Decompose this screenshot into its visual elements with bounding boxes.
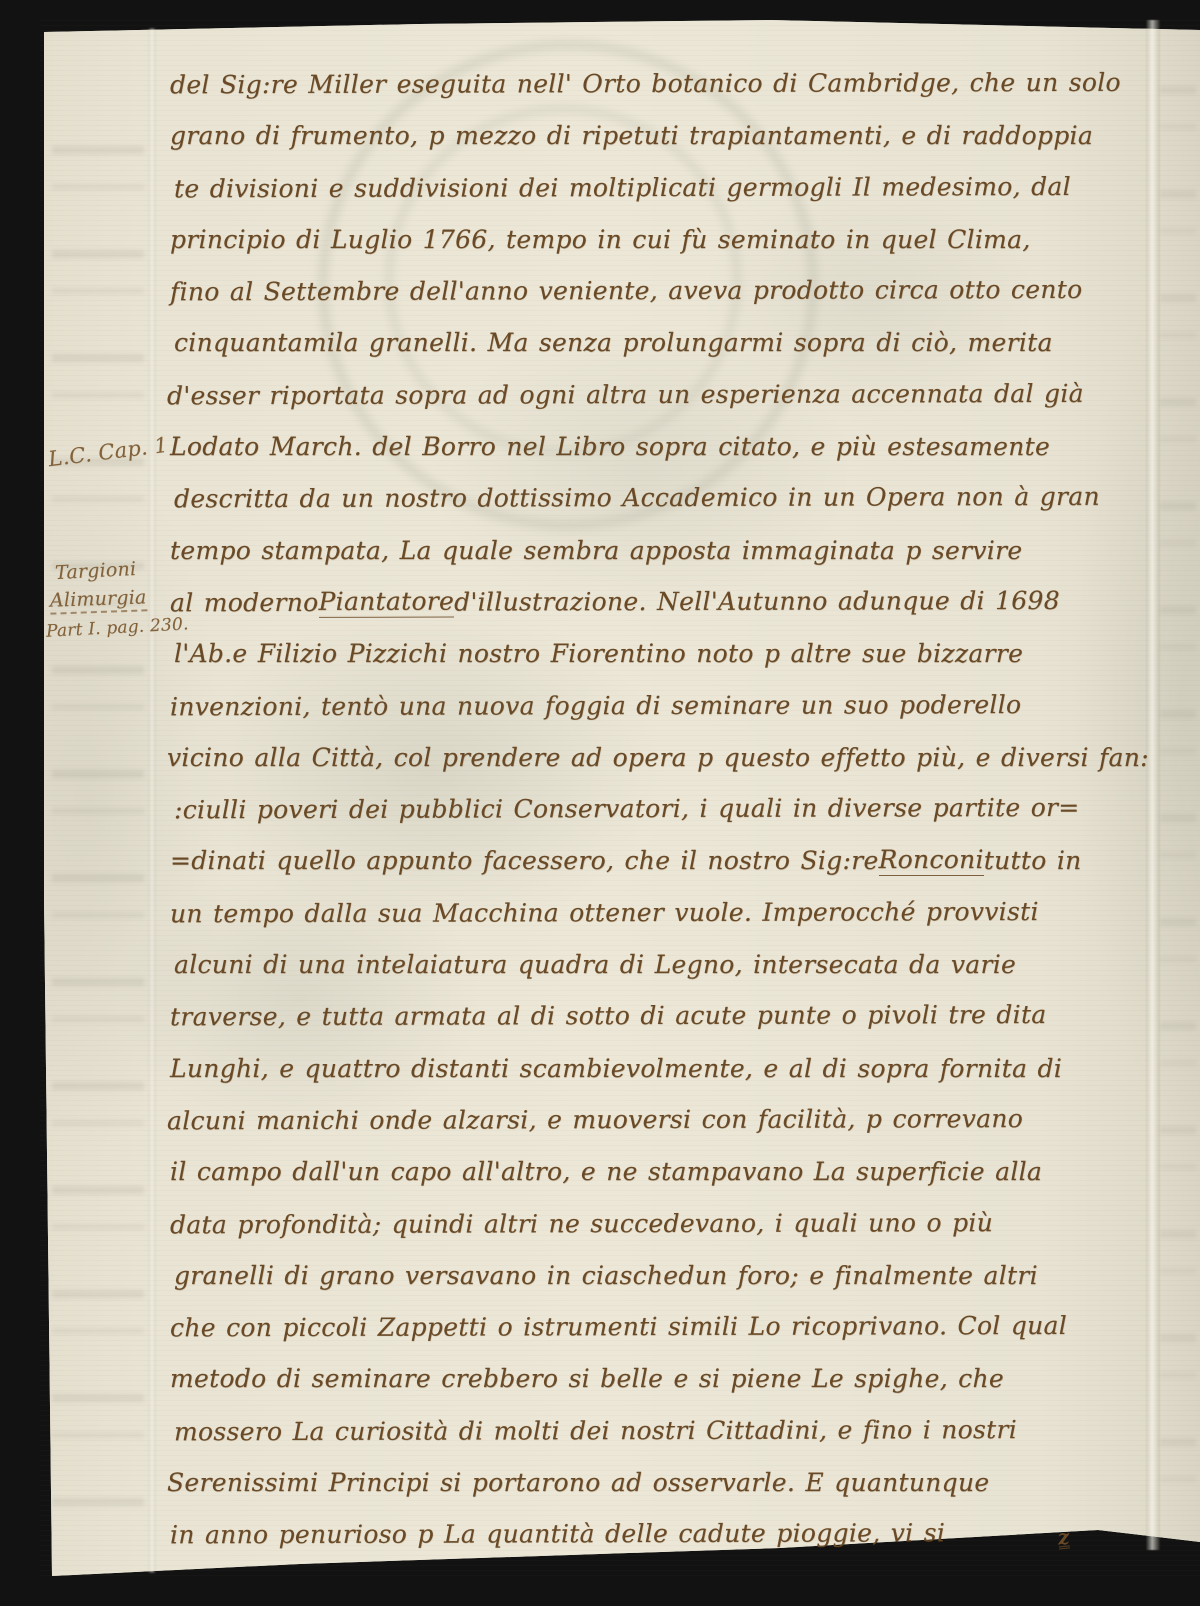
- text-line: l'Ab.e Filizio Pizzichi nostro Fiorentin…: [174, 628, 1148, 680]
- margin-note-work-title: Alimurgia: [50, 586, 147, 614]
- text-line: Serenissimi Principi si portarono ad oss…: [167, 1457, 1148, 1509]
- text-line: descritta da un nostro dottissimo Accade…: [174, 471, 1148, 525]
- text-line: granelli di grano versavano in ciaschedu…: [174, 1249, 1148, 1301]
- text-line: alcuni manichi onde alzarsi, e muoversi …: [167, 1093, 1148, 1147]
- text-line: metodo di seminare crebbero si belle e s…: [170, 1353, 1148, 1405]
- text-line: data profondità; quindi altri ne succede…: [170, 1196, 1148, 1250]
- text-line: :ciulli poveri dei pubblici Conservatori…: [174, 782, 1148, 836]
- text-line: grano di frumento, p mezzo di ripetuti t…: [170, 110, 1148, 162]
- text-line: mossero La curiosità di molti dei nostri…: [174, 1403, 1148, 1457]
- text-line: te divisioni e suddivisioni dei moltipli…: [174, 160, 1148, 214]
- text-line: del Sig:re Miller eseguita nell' Orto bo…: [170, 57, 1148, 111]
- text-line: tempo stampata, La quale sembra apposta …: [170, 524, 1148, 576]
- text-line: in anno penurioso p La quantità delle ca…: [170, 1507, 1148, 1561]
- manuscript-text-block: del Sig:re Miller eseguita nell' Orto bo…: [170, 58, 1148, 1560]
- text-line: vicino alla Città, col prendere ad opera…: [167, 731, 1148, 783]
- text-line: Lunghi, e quattro distanti scambievolmen…: [170, 1042, 1148, 1094]
- text-line: d'esser riportata sopra ad ogni altra un…: [167, 367, 1148, 421]
- text-line: al moderno Piantatore d'illustrazione. N…: [170, 575, 1148, 629]
- text-line: Lodato March. del Borro nel Libro sopra …: [170, 421, 1148, 473]
- text-line: un tempo dalla sua Macchina ottener vuol…: [170, 885, 1148, 939]
- text-line: =dinati quello appunto facessero, che il…: [170, 835, 1148, 887]
- text-line: il campo dall'un capo all'altro, e ne st…: [170, 1146, 1148, 1198]
- fold-crease-left: [148, 28, 156, 1573]
- text-line: principio di Luglio 1766, tempo in cui f…: [170, 213, 1148, 265]
- text-line: che con piccoli Zappetti o istrumenti si…: [170, 1300, 1148, 1354]
- margin-note-author: Targioni: [54, 558, 136, 584]
- fold-crease-right: [1146, 20, 1160, 1550]
- text-line: invenzioni, tentò una nuova foggia di se…: [170, 678, 1148, 732]
- text-line: fino al Settembre dell'anno veniente, av…: [170, 264, 1148, 318]
- catchword-mark: z: [1057, 1527, 1070, 1549]
- text-line: alcuni di una intelaiatura quadra di Leg…: [174, 939, 1148, 991]
- text-line: traverse, e tutta armata al di sotto di …: [170, 989, 1148, 1043]
- text-line: cinquantamila granelli. Ma senza prolung…: [174, 317, 1148, 369]
- manuscript-photo: L.C. Cap. 1 Targioni Alimurgia Part I. p…: [0, 0, 1200, 1606]
